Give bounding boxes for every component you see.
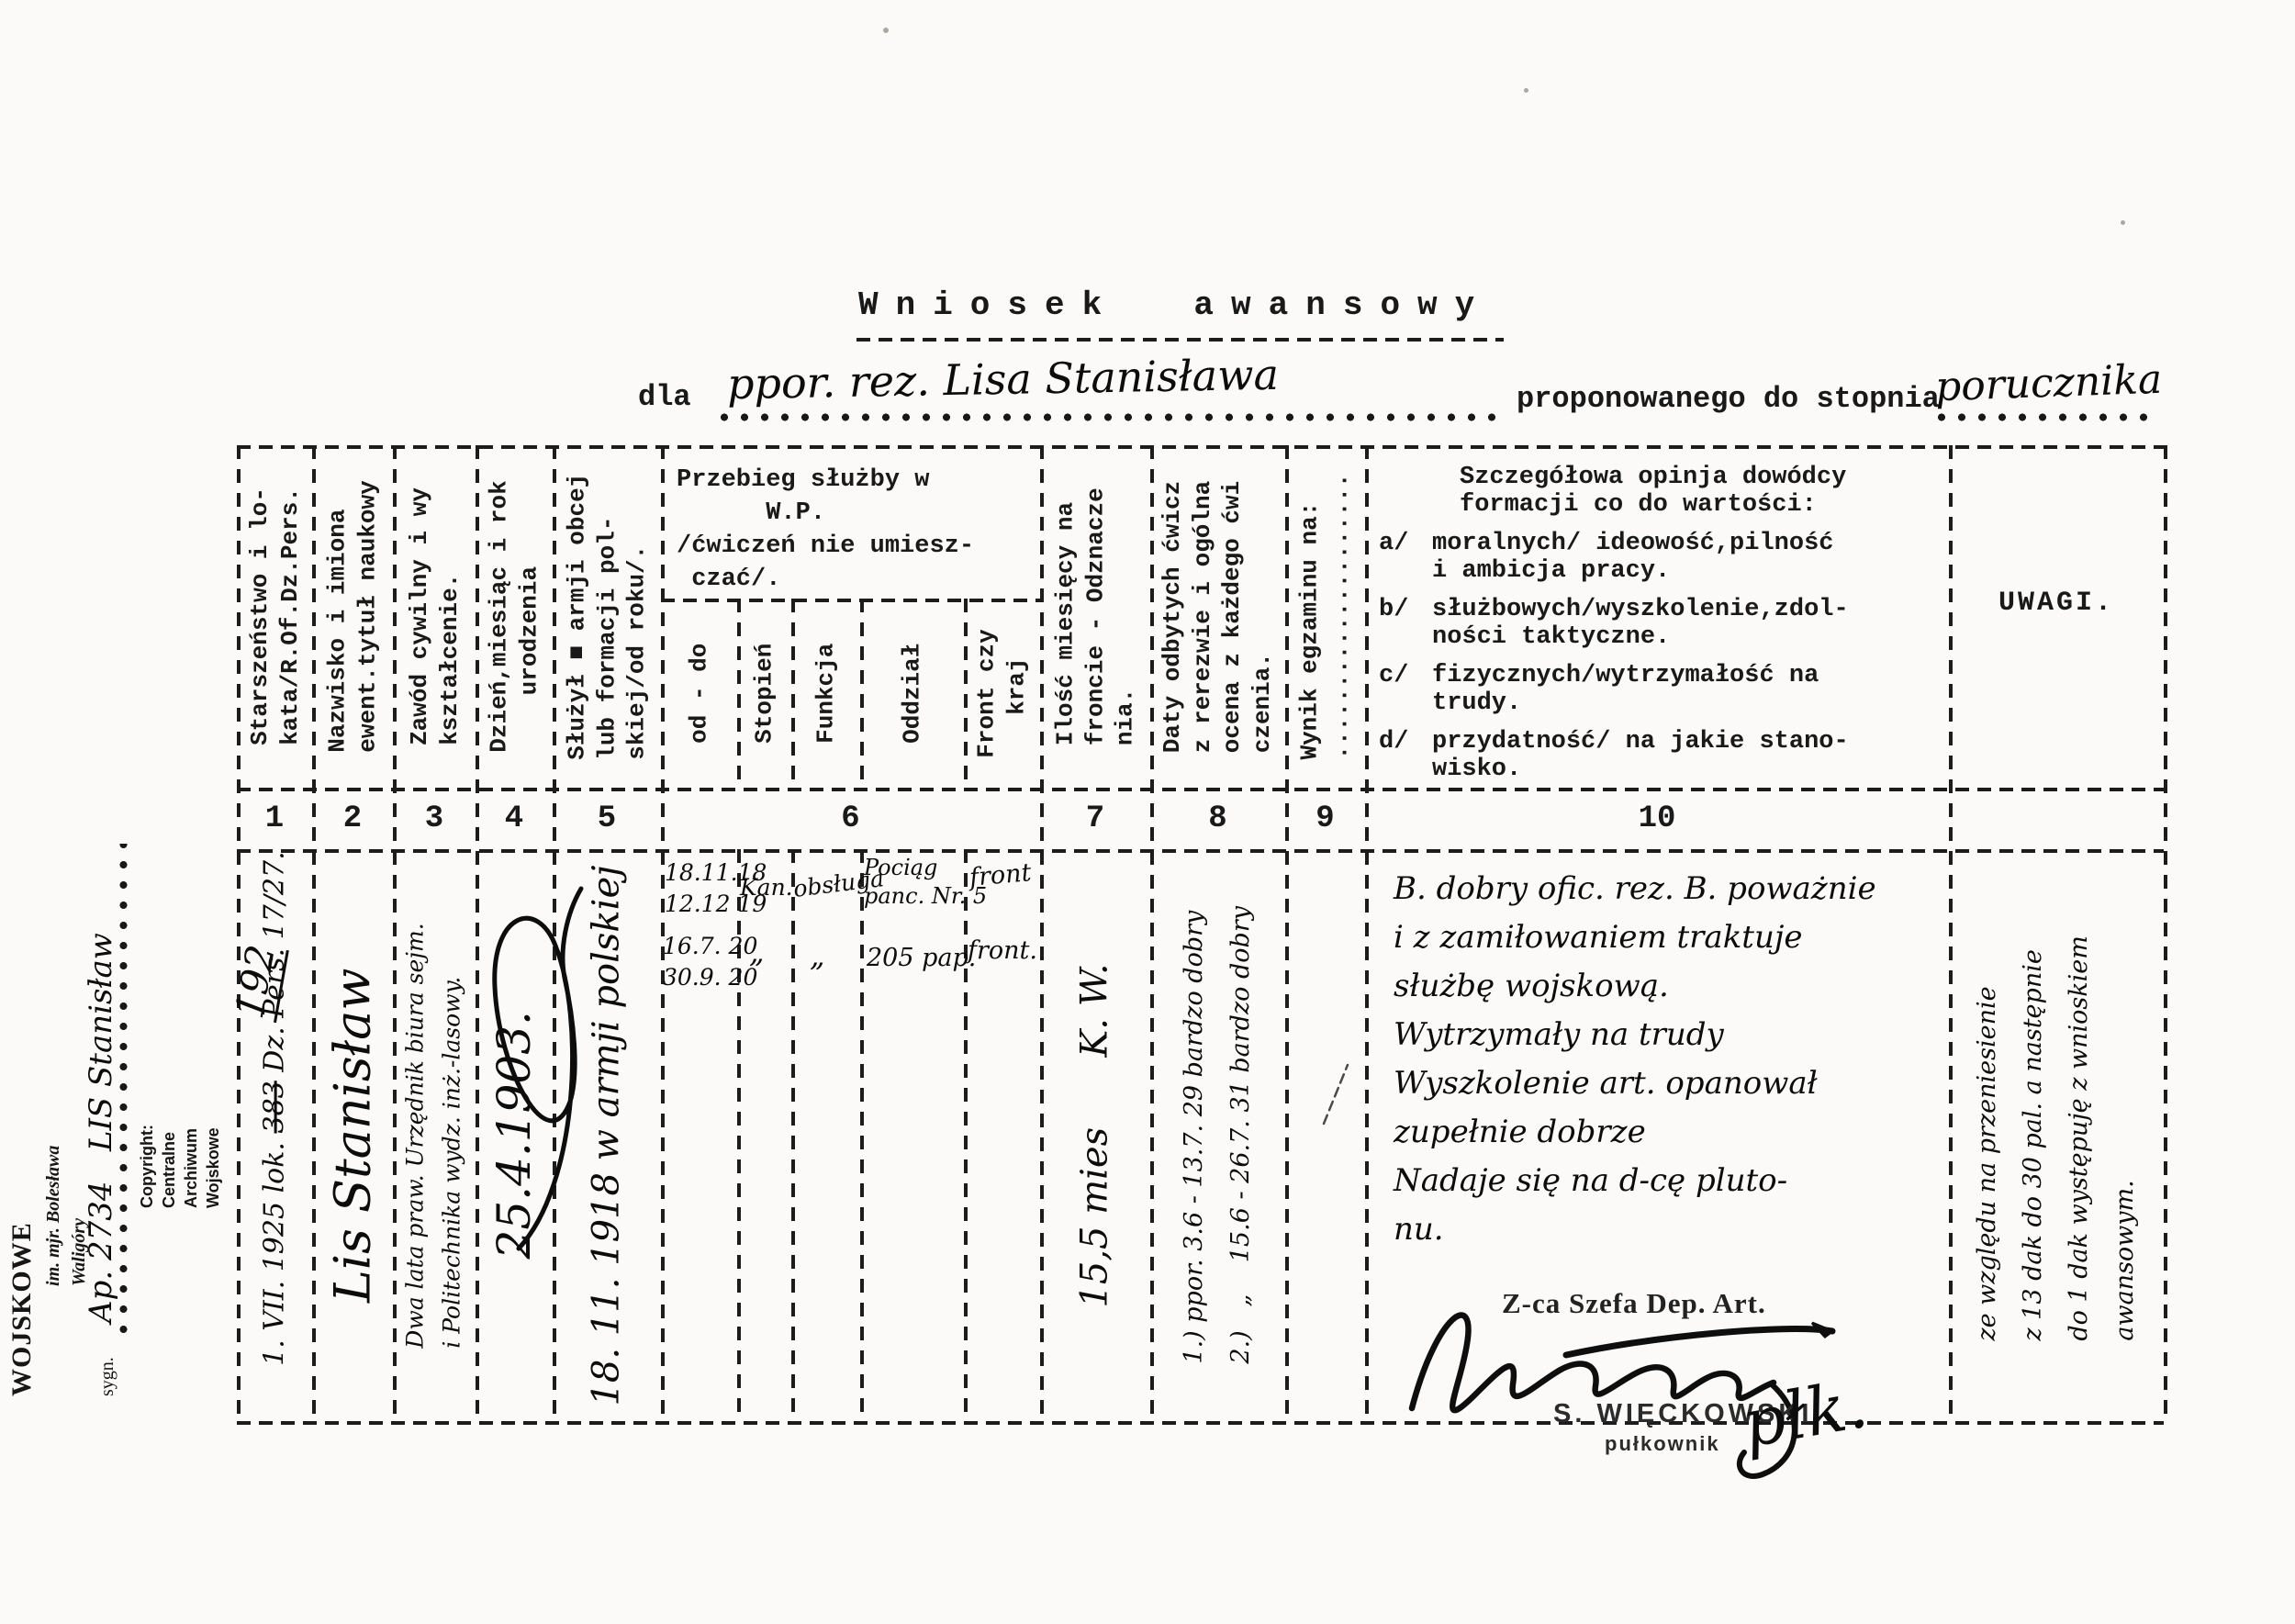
col-header-opinion: Szczegółowa opinja dowódcy formacji co d… xyxy=(1379,464,1946,783)
proposed-rank-handwritten: porucznika xyxy=(1934,356,2163,411)
opinion-item-a: a/ moralnych/ ideowość,pilność i ambicja… xyxy=(1379,530,1946,585)
col-header-exam: Wynik egzaminu na: .................... xyxy=(1285,445,1365,788)
col-number-9: 9 xyxy=(1285,788,1365,849)
cell-uwagi-note: ze względu na przeniesienie z 13 dak do … xyxy=(1949,858,2164,1418)
cell-opinion-handwritten: B. dobry ofic. rez. B. poważnie i z zami… xyxy=(1394,865,1876,1254)
subcol-header-od-do: od - do xyxy=(661,599,737,788)
col-number-5: 5 xyxy=(553,788,661,849)
subcol-divider xyxy=(964,849,968,1421)
table-border-right xyxy=(2164,445,2167,1421)
col-header-exercises: Daty odbytych ćwicz z rerezwie i ogólna … xyxy=(1150,445,1285,788)
stray-pen-mark xyxy=(1318,1058,1355,1131)
service-row1-oddzial: Pociąg panc. Nr. 5 xyxy=(864,854,987,911)
col-number-2: 2 xyxy=(312,788,393,849)
opinion-header-intro: Szczegółowa opinja dowódcy formacji co d… xyxy=(1379,464,1946,519)
col-number-4: 4 xyxy=(476,788,553,849)
cell-exercises: 1.) ppor. 3.6 - 13.7. 29 bardzo dobry 2.… xyxy=(1150,849,1285,1421)
seniority-crossed-out: 383 xyxy=(258,1081,290,1133)
cell-name: Lis Stanisław xyxy=(312,849,393,1421)
cell-service-since: 18. 11. 1918 w armji polskiej xyxy=(553,849,661,1421)
dotted-leader xyxy=(119,843,128,1338)
col-header-seniority: Starszeństwo i lo- kata/R.Of.Dz.Pers. xyxy=(237,445,312,788)
table-border-bottom xyxy=(237,1421,2164,1425)
col-divider xyxy=(1365,445,1369,1421)
form-title: Wniosek awansowy xyxy=(858,286,1492,324)
title-underline xyxy=(856,338,1504,342)
service-row1-front: front xyxy=(968,858,1033,892)
subcol-divider xyxy=(791,849,795,1421)
col-header-foreign-service: Służył ■ armji obcej lub formacji pol- s… xyxy=(553,445,661,788)
col-number-7: 7 xyxy=(1040,788,1150,849)
col-header-front-months: Ilość miesięcy na froncie - Odznacze nia… xyxy=(1040,445,1150,788)
dla-label: dla xyxy=(638,380,691,414)
opinion-item-d: d/ przydatność/ na jakie stano- wisko. xyxy=(1379,728,1946,783)
dotted-leader xyxy=(714,413,1502,421)
archive-stamp: CENTRALNE ARCHIWUM WOJSKOWE im. mjr. Bol… xyxy=(7,955,147,1565)
dotted-leader xyxy=(1931,413,2148,421)
scan-speck xyxy=(1524,88,1528,93)
seniority-correction: 192 xyxy=(235,918,279,1047)
service-row2-oddzial: 205 pap. xyxy=(867,944,976,972)
scan-speck xyxy=(883,28,889,33)
archive-copyright: Copyright: Centralne Archiwum Wojskowe xyxy=(136,1125,224,1208)
signer-rank-stamp: pułkownik xyxy=(1605,1432,1720,1456)
candidate-name-handwritten: ppor. rez. Lisa Stanisława xyxy=(727,350,1280,409)
service-row2-front: front. xyxy=(968,936,1037,965)
signature-number-value: Ap. 2734 LIS Stanisław xyxy=(83,933,119,1323)
archive-institution: CENTRALNE ARCHIWUM WOJSKOWE xyxy=(0,1125,40,1396)
signature-number-label: sygn. xyxy=(97,1357,118,1396)
col-header-uwagi: UWAGI. xyxy=(1949,588,2164,619)
proposed-rank-label: proponowanego do stopnia xyxy=(1517,382,1940,416)
col-number-3: 3 xyxy=(393,788,476,849)
service-row2-funkcja: „ xyxy=(810,938,825,973)
opinion-item-b: b/ służbowych/wyszkolenie,zdol- ności ta… xyxy=(1379,596,1946,651)
opinion-item-c: c/ fizycznych/wytrzymałość na trudy. xyxy=(1379,662,1946,717)
seniority-prefix: 1. VII. 1925 lok. xyxy=(258,1134,290,1366)
cell-front-months: 15,5 mies K. W. xyxy=(1040,849,1150,1421)
col-header-birth: Dzień,miesiąc i rok urodzenia xyxy=(476,445,553,788)
col-header-service-history: Przebieg służby w W.P. /ćwiczeń nie umie… xyxy=(677,464,974,596)
col-header-name: Nazwisko i imiona ewent.tytuł naukowy xyxy=(312,445,393,788)
col-number-10: 10 xyxy=(1365,788,1949,849)
col-number-8: 8 xyxy=(1150,788,1285,849)
subcol-header-oddzial: Oddział xyxy=(860,599,964,788)
service-row2-stopien: „ xyxy=(749,935,765,969)
col-number-6: 6 xyxy=(661,788,1040,849)
col-header-profession: Zawód cywilny i wy kształcenie. xyxy=(393,445,476,788)
scanned-document-page: CENTRALNE ARCHIWUM WOJSKOWE im. mjr. Bol… xyxy=(0,0,2295,1624)
subcol-divider xyxy=(860,849,864,1421)
col-number-1: 1 xyxy=(237,788,312,849)
subcol-header-funkcja: Funkcja xyxy=(791,599,860,788)
service-row2-od-do: 16.7. 20 30.9. 20 xyxy=(663,931,757,993)
service-row1-stopien: Kan. xyxy=(740,874,793,901)
subcol-header-front: Front czy kraj xyxy=(964,599,1040,788)
scan-speck xyxy=(2121,220,2125,225)
subcol-header-stopien: Stopień xyxy=(737,599,791,788)
